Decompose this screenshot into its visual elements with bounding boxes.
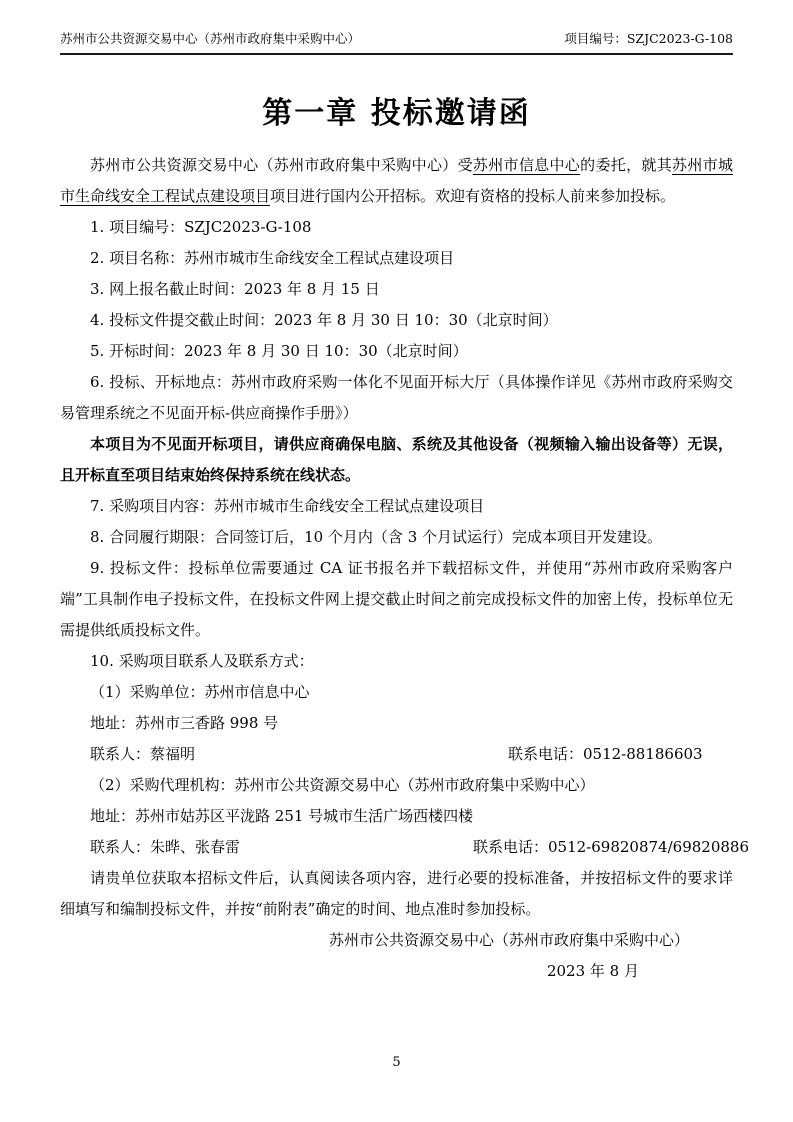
agency-address: 地址：苏州市姑苏区平泷路 251 号城市生活广场西楼四楼: [60, 801, 733, 832]
document-page: 苏州市公共资源交易中心（苏州市政府集中采购中心） 项目编号：SZJC2023-G…: [0, 0, 793, 1122]
purchaser-contact-phone: 联系电话：0512-88186603: [508, 739, 703, 770]
agency-contact-row: 联系人：朱晔、张春雷 联系电话：0512-69820874/69820886: [60, 832, 733, 863]
closing-paragraph: 请贵单位获取本招标文件后，认真阅读各项内容，进行必要的投标准备，并按招标文件的要…: [60, 863, 733, 925]
intro-segment-1: 苏州市公共资源交易中心（苏州市政府集中采购中心）受: [90, 156, 473, 174]
item-7-procurement-content: 7. 采购项目内容：苏州市城市生命线安全工程试点建设项目: [60, 491, 733, 522]
online-bid-opening-notice: 本项目为不见面开标项目，请供应商确保电脑、系统及其他设备（视频输入输出设备等）无…: [60, 429, 733, 491]
signature-organization: 苏州市公共资源交易中心（苏州市政府集中采购中心）: [60, 925, 733, 956]
purchaser-contact-person: 联系人：蔡福明: [90, 745, 195, 763]
agency-contact-person: 联系人：朱晔、张春雷: [90, 838, 240, 856]
item-10-contacts-heading: 10. 采购项目联系人及联系方式：: [60, 646, 733, 677]
intro-segment-2: 的委托，就其: [580, 156, 672, 174]
item-1-project-number: 1. 项目编号：SZJC2023-G-108: [60, 212, 733, 243]
signature-date: 2023 年 8 月: [60, 956, 733, 987]
agency-org: （2）采购代理机构：苏州市公共资源交易中心（苏州市政府集中采购中心）: [60, 770, 733, 801]
agency-contact-phone: 联系电话：0512-69820874/69820886: [473, 832, 749, 863]
purchaser-address: 地址：苏州市三香路 998 号: [60, 708, 733, 739]
intro-paragraph: 苏州市公共资源交易中心（苏州市政府集中采购中心）受苏州市信息中心的委托，就其苏州…: [60, 150, 733, 212]
document-body: 第一章 投标邀请函 苏州市公共资源交易中心（苏州市政府集中采购中心）受苏州市信息…: [60, 86, 733, 987]
chapter-title: 第一章 投标邀请函: [60, 92, 733, 136]
page-number: 5: [0, 1054, 793, 1072]
purchaser-contact-row: 联系人：蔡福明 联系电话：0512-88186603: [60, 739, 733, 770]
header-project-number: 项目编号：SZJC2023-G-108: [564, 30, 733, 47]
intro-segment-3: 项目进行国内公开招标。欢迎有资格的投标人前来参加投标。: [270, 187, 675, 205]
item-3-registration-deadline: 3. 网上报名截止时间：2023 年 8 月 15 日: [60, 274, 733, 305]
item-4-submission-deadline: 4. 投标文件提交截止时间：2023 年 8 月 30 日 10：30（北京时间…: [60, 305, 733, 336]
page-header: 苏州市公共资源交易中心（苏州市政府集中采购中心） 项目编号：SZJC2023-G…: [60, 30, 733, 55]
intro-underlined-purchaser: 苏州市信息中心: [473, 156, 580, 174]
purchaser-org: （1）采购单位：苏州市信息中心: [60, 677, 733, 708]
header-org: 苏州市公共资源交易中心（苏州市政府集中采购中心）: [60, 30, 360, 47]
item-5-bid-opening-time: 5. 开标时间：2023 年 8 月 30 日 10：30（北京时间）: [60, 336, 733, 367]
item-6-bid-opening-location: 6. 投标、开标地点：苏州市政府采购一体化不见面开标大厅（具体操作详见《苏州市政…: [60, 367, 733, 429]
item-9-bid-documents: 9. 投标文件：投标单位需要通过 CA 证书报名并下载招标文件，并使用“苏州市政…: [60, 553, 733, 646]
item-2-project-name: 2. 项目名称：苏州市城市生命线安全工程试点建设项目: [60, 243, 733, 274]
item-8-contract-period: 8. 合同履行期限：合同签订后，10 个月内（含 3 个月试运行）完成本项目开发…: [60, 522, 733, 553]
